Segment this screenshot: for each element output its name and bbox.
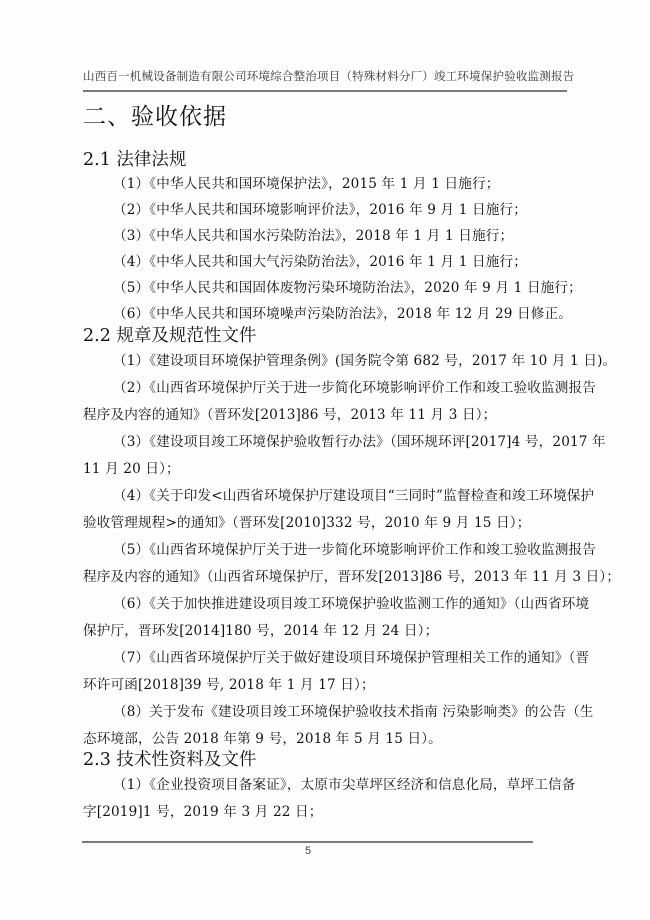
list-item: （6）《中华人民共和国环境噪声污染防治法》，2018 年 12 月 29 日修正… xyxy=(113,302,572,322)
list-item: （2）《中华人民共和国环境影响评价法》，2016 年 9 月 1 日施行； xyxy=(113,198,527,218)
chapter-title: 二、验收依据 xyxy=(83,98,227,131)
list-item-continuation: 保护厅，晋环发[2014]180 号，2014 年 12 月 24 日）； xyxy=(83,619,438,639)
list-item: （3）《中华人民共和国水污染防治法》，2018 年 1 月 1 日施行； xyxy=(113,224,513,244)
list-item-continuation: 环许可函[2018]39 号, 2018 年 1 月 17 日）； xyxy=(83,673,375,693)
list-item: （1）《中华人民共和国环境保护法》，2015 年 1 月 1 日施行； xyxy=(113,172,499,192)
section-heading-2-3: 2.3 技术性资料及文件 xyxy=(83,746,256,771)
list-item-continuation: 字[2019]1 号，2019 年 3 月 22 日； xyxy=(83,800,323,820)
list-item-continuation: 程序及内容的通知》（晋环发[2013]86 号，2013 年 11 月 3 日）… xyxy=(83,403,496,423)
header-rule xyxy=(83,90,567,92)
list-item-continuation: 验收管理规程>的通知》（晋环发[2010]332 号，2010 年 9 月 15… xyxy=(83,511,530,531)
list-item: （6）《关于加快推进建设项目竣工环境保护验收监测工作的通知》（山西省环境 xyxy=(113,592,589,612)
list-item: （2）《山西省环境保护厅关于进一步简化环境影响评价工作和竣工验收监测报告 xyxy=(113,376,596,396)
footer-rule xyxy=(82,841,533,843)
list-item-continuation: 11 月 20 日）； xyxy=(83,457,180,477)
list-item: （4）《关于印发<山西省环境保护厅建设项目“三同时”监督检查和竣工环境保护 xyxy=(113,484,594,504)
list-item: （7）《山西省环境保护厅关于做好建设项目环境保护管理相关工作的通知》（晋 xyxy=(113,646,589,666)
list-item: （8）关于发布《建设项目竣工环境保护验收技术指南 污染影响类》的公告（生 xyxy=(113,700,594,720)
running-header: 山西百一机械设备制造有限公司环境综合整治项目（特殊材料分厂）竣工环境保护验收监测… xyxy=(83,68,567,84)
list-item: （5）《中华人民共和国固体废物污染环境防治法》，2020 年 9 月 1 日施行… xyxy=(113,276,582,296)
page-number: 5 xyxy=(296,845,320,857)
list-item: （1）《企业投资项目备案证》，太原市尖草坪区经济和信息化局，草坪工信备 xyxy=(113,773,575,793)
list-item-continuation: 态环境部，公告 2018 年第 9 号，2018 年 5 月 15 日）。 xyxy=(83,727,442,747)
section-heading-2-1: 2.1 法律法规 xyxy=(83,146,186,171)
list-item: （5）《山西省环境保护厅关于进一步简化环境影响评价工作和竣工验收监测报告 xyxy=(113,538,596,558)
list-item: （3）《建设项目竣工环境保护验收暂行办法》（国环规环评[2017]4 号，201… xyxy=(113,430,606,450)
list-item: （4）《中华人民共和国大气污染防治法》，2016 年 1 月 1 日施行； xyxy=(113,250,527,270)
list-item-continuation: 程序及内容的通知》（山西省环境保护厅，晋环发[2013]86 号，2013 年 … xyxy=(83,565,620,585)
document-page: 山西百一机械设备制造有限公司环境综合整治项目（特殊材料分厂）竣工环境保护验收监测… xyxy=(0,0,650,920)
section-heading-2-2: 2.2 规章及规范性文件 xyxy=(83,322,256,347)
list-item: （1）《建设项目环境保护管理条例》(国务院令第 682 号，2017 年 10 … xyxy=(113,349,616,369)
